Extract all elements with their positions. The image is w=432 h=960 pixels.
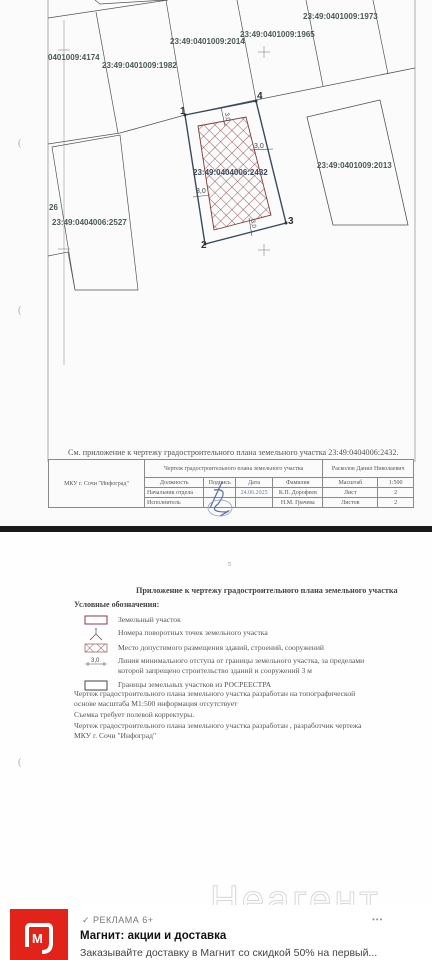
point-label: 2 [201, 240, 207, 251]
stamp-surname: Н.М. Грачева [273, 498, 323, 508]
point-label: 4 [257, 91, 263, 102]
svg-text:M: M [32, 931, 43, 946]
stamp-date [235, 498, 272, 508]
legend-item: 3,0 Линия минимального отступа от границ… [84, 655, 414, 679]
parcel-label: 26 [49, 203, 58, 212]
stamp-header: Должность [145, 478, 204, 488]
svg-text:3,0: 3,0 [91, 658, 100, 664]
svg-text:3,0: 3,0 [254, 143, 264, 150]
note-line: Съемка требует полевой корректуры. [74, 710, 194, 720]
page-number: 5 [228, 562, 231, 568]
stamp-title: Чертеж градостроительного плана земельно… [145, 460, 323, 478]
drawing-page: 3,0 3,0 3,0 3,0 23:49:0401009:1973 23:49… [0, 0, 432, 526]
note-line: основе масштаба М1:500 информация отсутс… [74, 699, 237, 709]
ad-title[interactable]: Магнит: акции и доставка [80, 930, 226, 942]
point-label: 1 [180, 106, 186, 117]
stamp-header: Дата [235, 478, 272, 488]
hatch-area-icon [84, 642, 108, 654]
verified-icon: ✓ [82, 915, 93, 925]
note-line: Чертеж градостроительного плана земельно… [74, 721, 362, 731]
svg-text:3,0: 3,0 [249, 219, 256, 229]
stamp-scale-label: Масштаб [323, 478, 378, 488]
parcel-label: 0401009:4174 [48, 53, 100, 62]
point-label: 3 [288, 216, 294, 227]
more-options-icon[interactable]: ••• [372, 915, 383, 924]
stamp-sheets-label: Листов [323, 498, 378, 508]
parcel-label: 23:49:0401009:1973 [303, 12, 378, 21]
stamp-sheet-label: Лист [323, 488, 378, 498]
scan-mark: ( [18, 757, 21, 768]
parcel-label: 23:49:0404006:2527 [52, 218, 127, 227]
stamp-org: МКУ г. Сочи "Инфоград" [49, 460, 145, 508]
svg-text:3,0: 3,0 [196, 188, 206, 195]
stamp-sheets-value: 2 [378, 498, 414, 508]
setback-line-icon: 3,0 [84, 655, 108, 667]
legend-item: Номера поворотных точек земельного участ… [84, 627, 414, 641]
parcel-rect-icon [84, 614, 108, 626]
scan-mark: ( [18, 305, 21, 316]
legend-item: Место допустимого размещения зданий, стр… [84, 642, 414, 656]
parcel-label: 23:49:0401009:1965 [240, 30, 315, 39]
ad-label: ✓ РЕКЛАМА 6+ [82, 915, 153, 926]
stamp-position: Начальник отдела [145, 488, 204, 498]
stamp-sheet-value: 2 [378, 488, 414, 498]
note-line: МКУ г. Сочи "Инфоград" [74, 731, 156, 741]
ad-banner[interactable]: M ✓ РЕКЛАМА 6+ Магнит: акции и доставка … [0, 905, 432, 960]
stamp-scale-value: 1:500 [378, 478, 414, 488]
appendix-title: Приложение к чертежу градостроительного … [136, 586, 398, 595]
ad-description[interactable]: Заказывайте доставку в Магнит со скидкой… [80, 947, 377, 959]
stamp-surname: К.П. Дорофеев [273, 488, 323, 498]
legend-item: Земельный участок [84, 614, 414, 628]
turning-point-icon [84, 627, 108, 641]
stamp-author: Расколов Данил Николаевич [323, 460, 414, 478]
magnit-logo-icon[interactable]: M [10, 909, 68, 960]
stamp-position: Исполнитель [145, 498, 204, 508]
parcel-label: 23:49:0401009:1982 [102, 61, 177, 70]
stamp-date: 24.06.2025 [235, 488, 272, 498]
parcel-label: 23:49:0401009:2013 [317, 161, 392, 170]
drawing-caption: См. приложение к чертежу градостроительн… [68, 448, 399, 457]
scan-mark: ( [18, 138, 21, 149]
legend-title: Условные обозначения: [74, 600, 159, 609]
stamp-header: Фамилия [273, 478, 323, 488]
parcel-label: 23:49:0401009:2014 [170, 37, 245, 46]
main-parcel-label: 23:49:0404006:2432 [193, 168, 268, 177]
note-line: Чертеж градостроительного плана земельно… [74, 689, 355, 699]
signature-icon [200, 478, 240, 518]
